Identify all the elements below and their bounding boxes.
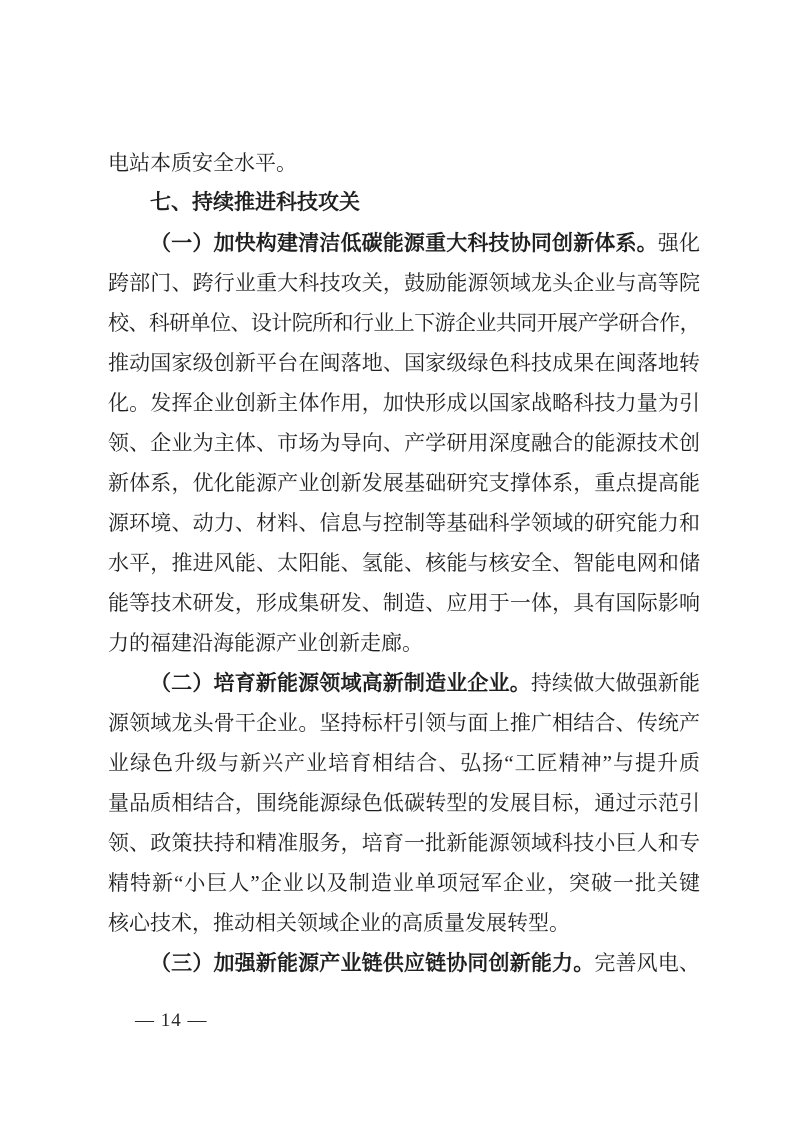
body-line: 源环境、动力、材料、信息与控制等基础科学领域的研究能力和	[108, 503, 700, 543]
page-number: — 14 —	[135, 1010, 208, 1031]
document-page: 电站本质安全水平。 七、持续推进科技攻关 （一）加快构建清洁低碳能源重大科技协同…	[0, 0, 794, 1123]
body-line: 校、科研单位、设计院所和行业上下游企业共同开展产学研合作，	[108, 303, 700, 343]
section-heading: 七、持续推进科技攻关	[108, 183, 700, 223]
body-line: 领、政策扶持和精准服务，培育一批新能源领域科技小巨人和专	[108, 823, 700, 863]
body-line: 业绿色升级与新兴产业培育相结合、弘扬“工匠精神”与提升质	[108, 743, 700, 783]
body-line: 跨部门、跨行业重大科技攻关，鼓励能源领域龙头企业与高等院	[108, 263, 700, 303]
paragraph-2-last-line: 核心技术，推动相关领域企业的高质量发展转型。	[108, 903, 700, 943]
paragraph-3-lead-tail: 完善风电、	[594, 951, 700, 975]
body-line: 量品质相结合，围绕能源绿色低碳转型的发展目标，通过示范引	[108, 783, 700, 823]
paragraph-2-first-line: （二）培育新能源领域高新制造业企业。持续做大做强新能	[108, 663, 700, 703]
document-text-block: 电站本质安全水平。 七、持续推进科技攻关 （一）加快构建清洁低碳能源重大科技协同…	[108, 143, 700, 983]
paragraph-1-first-line: （一）加快构建清洁低碳能源重大科技协同创新体系。强化	[108, 223, 700, 263]
paragraph-2-lead: （二）培育新能源领域高新制造业企业。	[150, 671, 531, 695]
paragraph-3-lead: （三）加强新能源产业链供应链协同创新能力。	[150, 951, 594, 975]
body-line: 新体系，优化能源产业创新发展基础研究支撑体系，重点提高能	[108, 463, 700, 503]
body-line: 化。发挥企业创新主体作用，加快形成以国家战略科技力量为引	[108, 383, 700, 423]
page-footer: — 14 —	[135, 1006, 208, 1036]
paragraph-1-last-line: 力的福建沿海能源产业创新走廊。	[108, 623, 700, 663]
body-line: 源领域龙头骨干企业。坚持标杆引领与面上推广相结合、传统产	[108, 703, 700, 743]
paragraph-2-lead-tail: 持续做大做强新能	[531, 671, 700, 695]
body-line: 精特新“小巨人”企业以及制造业单项冠军企业，突破一批关键	[108, 863, 700, 903]
body-line: 推动国家级创新平台在闽落地、国家级绿色科技成果在闽落地转	[108, 343, 700, 383]
continuation-line: 电站本质安全水平。	[108, 143, 700, 183]
body-line: 领、企业为主体、市场为导向、产学研用深度融合的能源技术创	[108, 423, 700, 463]
body-line: 水平，推进风能、太阳能、氢能、核能与核安全、智能电网和储	[108, 543, 700, 583]
body-line: 能等技术研发，形成集研发、制造、应用于一体，具有国际影响	[108, 583, 700, 623]
paragraph-3-first-line: （三）加强新能源产业链供应链协同创新能力。完善风电、	[108, 943, 700, 983]
paragraph-1-lead: （一）加快构建清洁低碳能源重大科技协同创新体系。	[150, 231, 658, 255]
paragraph-1-lead-tail: 强化	[658, 231, 700, 255]
